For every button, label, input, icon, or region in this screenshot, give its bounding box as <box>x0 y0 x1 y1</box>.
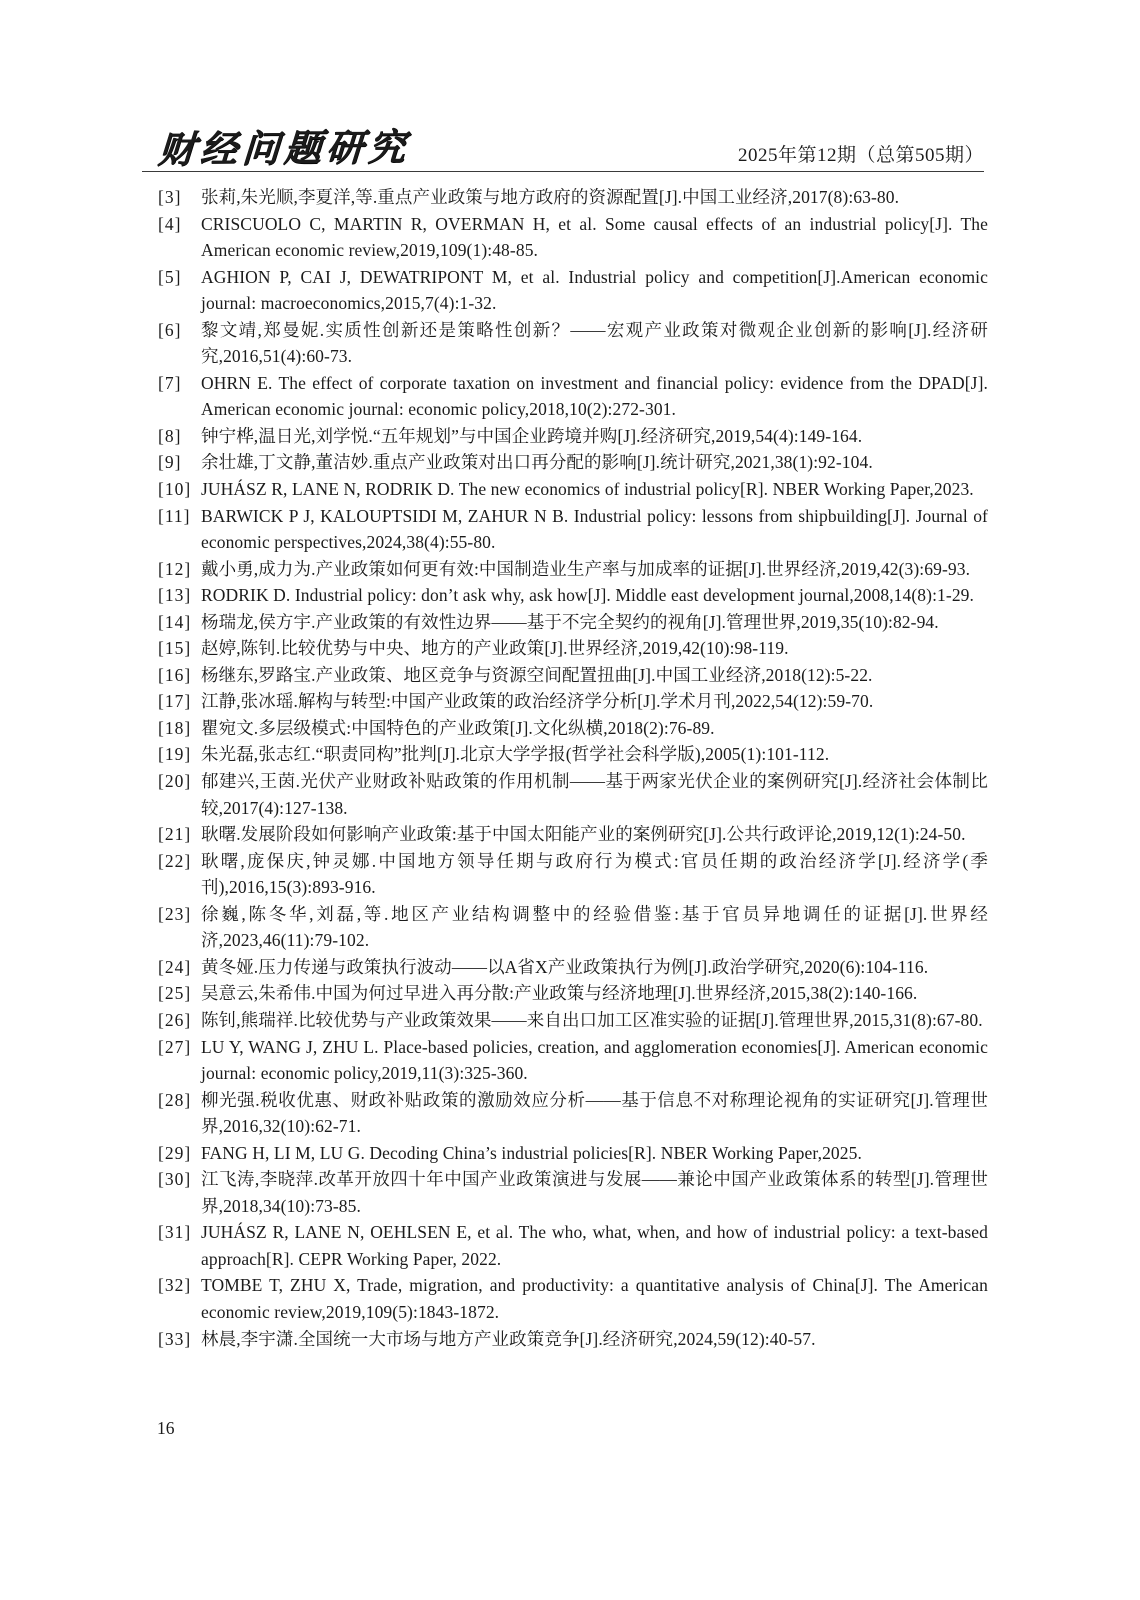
reference-item: [8] 钟宁桦,温日光,刘学悦.“五年规划”与中国企业跨境并购[J].经济研究,… <box>158 423 988 450</box>
reference-item: [14] 杨瑞龙,侯方宇.产业政策的有效性边界——基于不完全契约的视角[J].管… <box>158 609 988 636</box>
reference-text: 林晨,李宇潇.全国统一大市场与地方产业政策竞争[J].经济研究,2024,59(… <box>201 1329 816 1349</box>
reference-number: [30] <box>158 1166 191 1193</box>
reference-text: 江飞涛,李晓萍.改革开放四十年中国产业政策演进与发展——兼论中国产业政策体系的转… <box>201 1169 988 1216</box>
reference-number: [8] <box>158 423 181 450</box>
reference-item: [20] 郁建兴,王茵.光伏产业财政补贴政策的作用机制——基于两家光伏企业的案例… <box>158 768 988 821</box>
reference-number: [11] <box>158 503 191 530</box>
reference-item: [30] 江飞涛,李晓萍.改革开放四十年中国产业政策演进与发展——兼论中国产业政… <box>158 1166 988 1219</box>
reference-item: [12] 戴小勇,成力为.产业政策如何更有效:中国制造业生产率与加成率的证据[J… <box>158 556 988 583</box>
reference-item: [27] LU Y, WANG J, ZHU L. Place-based po… <box>158 1034 988 1087</box>
reference-number: [16] <box>158 662 191 689</box>
reference-text: 黎文靖,郑曼妮.实质性创新还是策略性创新？——宏观产业政策对微观企业创新的影响[… <box>201 320 988 367</box>
reference-item: [5] AGHION P, CAI J, DEWATRIPONT M, et a… <box>158 264 988 317</box>
reference-item: [32] TOMBE T, ZHU X, Trade, migration, a… <box>158 1272 988 1325</box>
reference-number: [19] <box>158 741 191 768</box>
reference-item: [17] 江静,张冰瑶.解构与转型:中国产业政策的政治经济学分析[J].学术月刊… <box>158 688 988 715</box>
reference-text: CRISCUOLO C, MARTIN R, OVERMAN H, et al.… <box>201 214 988 261</box>
reference-number: [5] <box>158 264 181 291</box>
reference-text: 吴意云,朱希伟.中国为何过早进入再分散:产业政策与经济地理[J].世界经济,20… <box>201 983 917 1003</box>
reference-number: [3] <box>158 184 181 211</box>
reference-number: [18] <box>158 715 191 742</box>
reference-text: 黄冬娅.压力传递与政策执行波动——以A省X产业政策执行为例[J].政治学研究,2… <box>201 957 928 977</box>
reference-text: 陈钊,熊瑞祥.比较优势与产业政策效果——来自出口加工区准实验的证据[J].管理世… <box>201 1010 983 1030</box>
reference-number: [15] <box>158 635 191 662</box>
reference-number: [29] <box>158 1140 191 1167</box>
reference-item: [3] 张莉,朱光顺,李夏洋,等.重点产业政策与地方政府的资源配置[J].中国工… <box>158 184 988 211</box>
reference-item: [13] RODRIK D. Industrial policy: don’t … <box>158 582 988 609</box>
reference-number: [33] <box>158 1326 191 1353</box>
reference-item: [10] JUHÁSZ R, LANE N, RODRIK D. The new… <box>158 476 988 503</box>
reference-number: [20] <box>158 768 191 795</box>
reference-item: [19] 朱光磊,张志红.“职责同构”批判[J].北京大学学报(哲学社会科学版)… <box>158 741 988 768</box>
reference-number: [21] <box>158 821 191 848</box>
reference-text: TOMBE T, ZHU X, Trade, migration, and pr… <box>201 1275 988 1322</box>
reference-text: 朱光磊,张志红.“职责同构”批判[J].北京大学学报(哲学社会科学版),2005… <box>201 744 829 764</box>
reference-item: [23] 徐巍,陈冬华,刘磊,等.地区产业结构调整中的经验借鉴:基于官员异地调任… <box>158 901 988 954</box>
page-number: 16 <box>157 1418 175 1439</box>
reference-number: [24] <box>158 954 191 981</box>
reference-text: 郁建兴,王茵.光伏产业财政补贴政策的作用机制——基于两家光伏企业的案例研究[J]… <box>201 771 988 818</box>
reference-text: 柳光强.税收优惠、财政补贴政策的激励效应分析——基于信息不对称理论视角的实证研究… <box>201 1090 988 1137</box>
reference-number: [6] <box>158 317 181 344</box>
reference-item: [28] 柳光强.税收优惠、财政补贴政策的激励效应分析——基于信息不对称理论视角… <box>158 1087 988 1140</box>
reference-number: [27] <box>158 1034 191 1061</box>
reference-item: [24] 黄冬娅.压力传递与政策执行波动——以A省X产业政策执行为例[J].政治… <box>158 954 988 981</box>
reference-number: [23] <box>158 901 191 928</box>
reference-text: 余壮雄,丁文静,董洁妙.重点产业政策对出口再分配的影响[J].统计研究,2021… <box>201 452 873 472</box>
reference-text: OHRN E. The effect of corporate taxation… <box>201 373 988 420</box>
reference-text: 钟宁桦,温日光,刘学悦.“五年规划”与中国企业跨境并购[J].经济研究,2019… <box>201 426 862 446</box>
reference-text: 戴小勇,成力为.产业政策如何更有效:中国制造业生产率与加成率的证据[J].世界经… <box>201 559 970 579</box>
reference-number: [26] <box>158 1007 191 1034</box>
reference-number: [25] <box>158 980 191 1007</box>
reference-text: BARWICK P J, KALOUPTSIDI M, ZAHUR N B. I… <box>201 506 988 553</box>
reference-number: [32] <box>158 1272 191 1299</box>
issue-info: 2025年第12期（总第505期） <box>738 140 984 170</box>
reference-item: [22] 耿曙,庞保庆,钟灵娜.中国地方领导任期与政府行为模式:官员任期的政治经… <box>158 848 988 901</box>
reference-item: [15] 赵婷,陈钊.比较优势与中央、地方的产业政策[J].世界经济,2019,… <box>158 635 988 662</box>
reference-text: 张莉,朱光顺,李夏洋,等.重点产业政策与地方政府的资源配置[J].中国工业经济,… <box>201 187 899 207</box>
reference-item: [11] BARWICK P J, KALOUPTSIDI M, ZAHUR N… <box>158 503 988 556</box>
reference-number: [13] <box>158 582 191 609</box>
reference-item: [16] 杨继东,罗路宝.产业政策、地区竞争与资源空间配置扭曲[J].中国工业经… <box>158 662 988 689</box>
reference-number: [22] <box>158 848 191 875</box>
reference-item: [21] 耿曙.发展阶段如何影响产业政策:基于中国太阳能产业的案例研究[J].公… <box>158 821 988 848</box>
reference-item: [6] 黎文靖,郑曼妮.实质性创新还是策略性创新？——宏观产业政策对微观企业创新… <box>158 317 988 370</box>
reference-number: [7] <box>158 370 181 397</box>
reference-number: [14] <box>158 609 191 636</box>
reference-number: [31] <box>158 1219 191 1246</box>
masthead: 财经问题研究 2025年第12期（总第505期） <box>158 120 984 170</box>
reference-text: LU Y, WANG J, ZHU L. Place-based policie… <box>201 1037 988 1084</box>
reference-text: FANG H, LI M, LU G. Decoding China’s ind… <box>201 1143 862 1163</box>
reference-text: 杨继东,罗路宝.产业政策、地区竞争与资源空间配置扭曲[J].中国工业经济,201… <box>201 665 873 685</box>
reference-item: [31] JUHÁSZ R, LANE N, OEHLSEN E, et al.… <box>158 1219 988 1272</box>
reference-item: [26] 陈钊,熊瑞祥.比较优势与产业政策效果——来自出口加工区准实验的证据[J… <box>158 1007 988 1034</box>
reference-item: [9] 余壮雄,丁文静,董洁妙.重点产业政策对出口再分配的影响[J].统计研究,… <box>158 449 988 476</box>
reference-number: [28] <box>158 1087 191 1114</box>
reference-text: JUHÁSZ R, LANE N, OEHLSEN E, et al. The … <box>201 1222 988 1269</box>
reference-text: AGHION P, CAI J, DEWATRIPONT M, et al. I… <box>201 267 988 314</box>
reference-number: [9] <box>158 449 181 476</box>
reference-text: 赵婷,陈钊.比较优势与中央、地方的产业政策[J].世界经济,2019,42(10… <box>201 638 789 658</box>
journal-logo: 财经问题研究 <box>157 130 411 172</box>
reference-number: [10] <box>158 476 191 503</box>
reference-text: 耿曙,庞保庆,钟灵娜.中国地方领导任期与政府行为模式:官员任期的政治经济学[J]… <box>201 851 988 898</box>
reference-item: [29] FANG H, LI M, LU G. Decoding China’… <box>158 1140 988 1167</box>
reference-item: [4] CRISCUOLO C, MARTIN R, OVERMAN H, et… <box>158 211 988 264</box>
reference-text: 耿曙.发展阶段如何影响产业政策:基于中国太阳能产业的案例研究[J].公共行政评论… <box>201 824 966 844</box>
reference-number: [17] <box>158 688 191 715</box>
reference-number: [12] <box>158 556 191 583</box>
reference-text: 瞿宛文.多层级模式:中国特色的产业政策[J].文化纵横,2018(2):76-8… <box>201 718 715 738</box>
journal-page: 财经问题研究 2025年第12期（总第505期） [3] 张莉,朱光顺,李夏洋,… <box>0 0 1140 1600</box>
reference-item: [18] 瞿宛文.多层级模式:中国特色的产业政策[J].文化纵横,2018(2)… <box>158 715 988 742</box>
reference-item: [33] 林晨,李宇潇.全国统一大市场与地方产业政策竞争[J].经济研究,202… <box>158 1326 988 1353</box>
reference-text: 徐巍,陈冬华,刘磊,等.地区产业结构调整中的经验借鉴:基于官员异地调任的证据[J… <box>201 904 988 951</box>
reference-item: [25] 吴意云,朱希伟.中国为何过早进入再分散:产业政策与经济地理[J].世界… <box>158 980 988 1007</box>
references-list: [3] 张莉,朱光顺,李夏洋,等.重点产业政策与地方政府的资源配置[J].中国工… <box>158 184 988 1352</box>
reference-text: 江静,张冰瑶.解构与转型:中国产业政策的政治经济学分析[J].学术月刊,2022… <box>201 691 873 711</box>
reference-number: [4] <box>158 211 181 238</box>
reference-item: [7] OHRN E. The effect of corporate taxa… <box>158 370 988 423</box>
header-rule <box>142 171 984 172</box>
reference-text: 杨瑞龙,侯方宇.产业政策的有效性边界——基于不完全契约的视角[J].管理世界,2… <box>201 612 939 632</box>
reference-text: RODRIK D. Industrial policy: don’t ask w… <box>201 585 974 605</box>
reference-text: JUHÁSZ R, LANE N, RODRIK D. The new econ… <box>201 479 974 499</box>
